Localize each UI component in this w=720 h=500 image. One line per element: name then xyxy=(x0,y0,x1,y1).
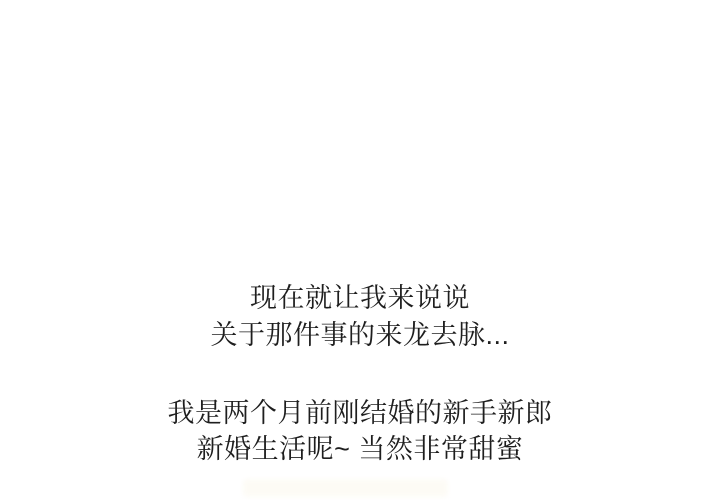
narration-line: 现在就让我来说说 xyxy=(0,280,720,317)
narration-block-2: 我是两个月前刚结婚的新手新郎 新婚生活呢~ 当然非常甜蜜 xyxy=(0,395,720,467)
narration-line: 新婚生活呢~ 当然非常甜蜜 xyxy=(0,431,720,467)
comic-panel: 现在就让我来说说 关于那件事的来龙去脉... 我是两个月前刚结婚的新手新郎 新婚… xyxy=(0,0,720,500)
watermark-ghost xyxy=(243,479,448,497)
narration-block-1: 现在就让我来说说 关于那件事的来龙去脉... xyxy=(0,280,720,354)
narration-line: 我是两个月前刚结婚的新手新郎 xyxy=(0,395,720,431)
narration-line: 关于那件事的来龙去脉... xyxy=(0,317,720,354)
